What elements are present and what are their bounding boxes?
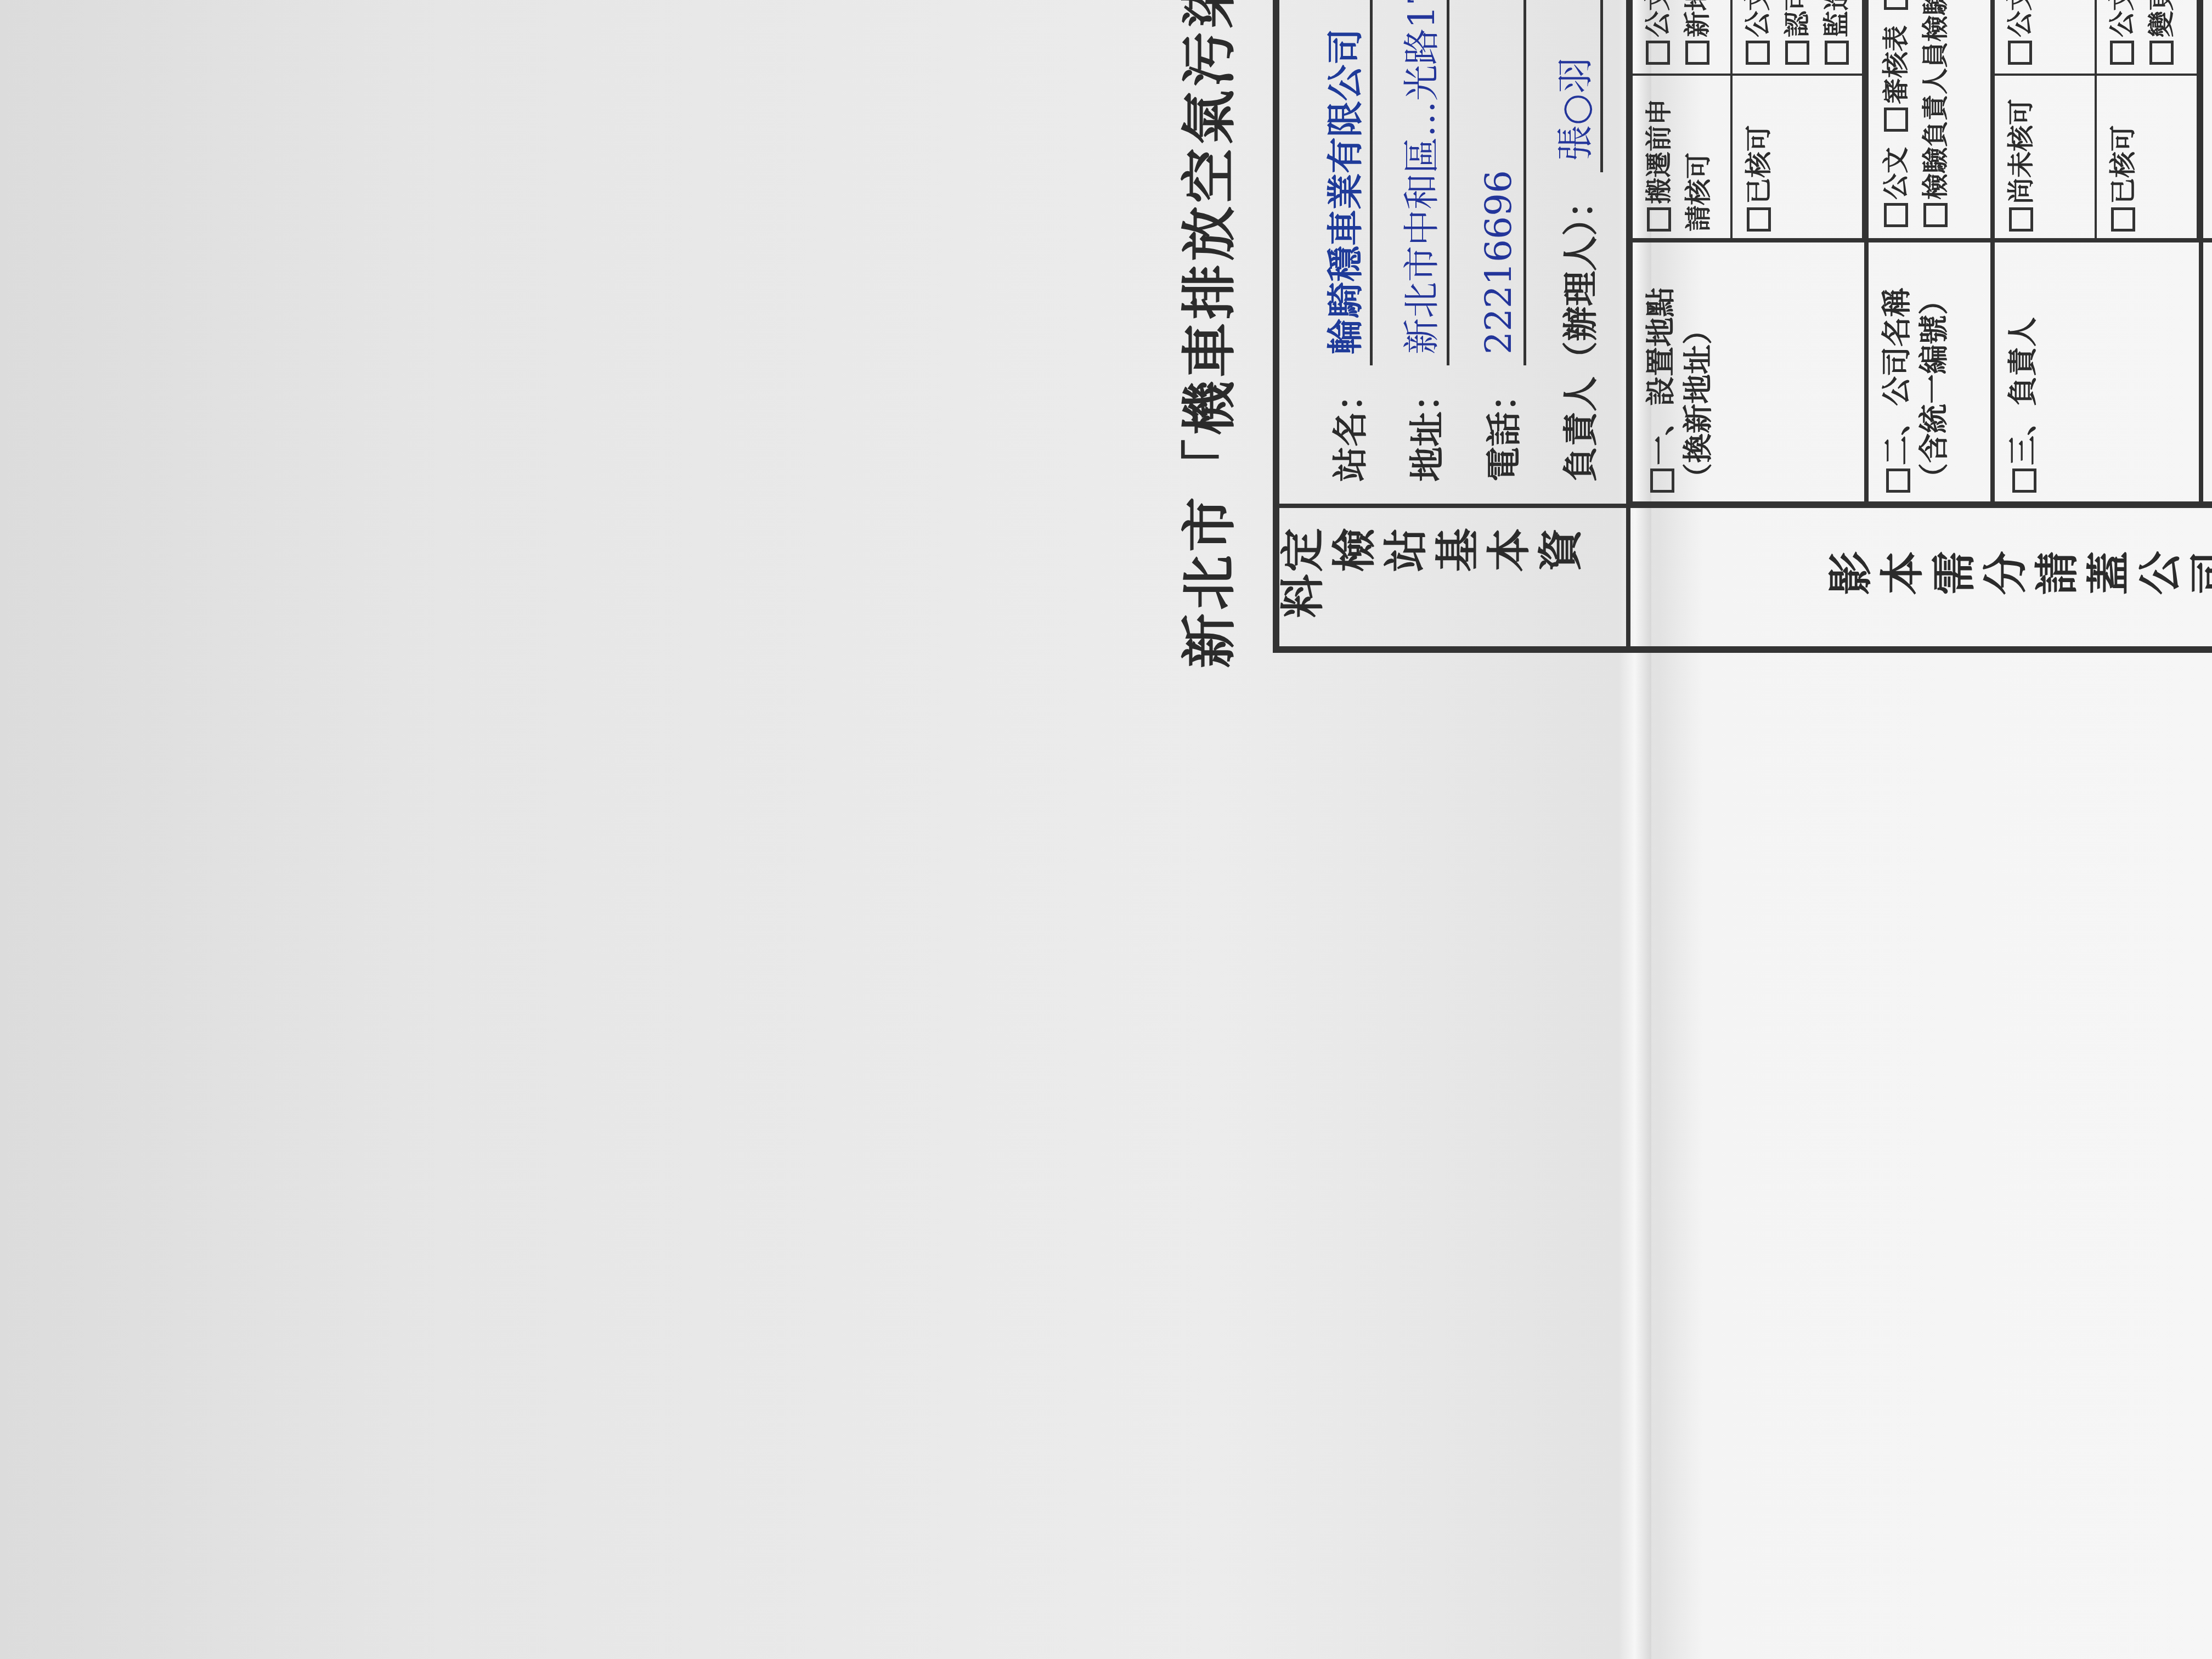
sub-row-options: 公文審核表認可證正本變更前與變更後之負責人身分證正反面影本營利事業登記證影本 [2097,0,2197,74]
sub-row-text: 尚未核可 [2006,99,2036,204]
application-form: 新北市「機車排放空氣污染物檢驗站」申請變更項目審核表 定檢站基本資料 站名： 輪… [1147,0,2212,675]
option-checkbox[interactable] [1884,203,1908,227]
option-checkbox[interactable] [1825,41,1849,65]
sub-row-text: 已核可 [1743,125,1774,204]
attachment-option: 檢驗負責人員檢驗證 [1920,0,1951,227]
sub-row-label: 已核可 [1733,74,1862,238]
sub-row-checkbox[interactable] [1747,207,1771,232]
sub-row: 尚未核可公文（需說明變更說明）審核表認可證影本 [1995,0,2097,238]
attachment-option: 新地址建物所有權狀影本（非自有者需附同意書） [1682,0,1713,65]
owner-field[interactable]: 張○羽 [1551,0,1603,172]
attachment-item-label: 一、設置地點（換新地址） [1630,240,1866,504]
attachment-item-options: 公文審核表認可證正本負責人身分證正反面影本營利事業登記證影本檢驗負責人員檢驗證 [1866,0,1993,240]
sub-rows: 尚未核可公文（需說明變更說明）審核表認可證影本已核可公文審核表認可證正本變更前與… [1995,0,2199,238]
station-name-label: 站名： [1322,376,1373,482]
attachment-option: 審核表 [1881,25,1911,132]
option-checkbox[interactable] [2110,41,2134,65]
item-label-text: 二、公司名稱（含統一編號） [1880,285,1951,493]
sub-row-checkbox[interactable] [2111,207,2135,232]
attachment-option: 公文（需說明變更說明） [2005,0,2035,65]
section-label-basic-info: 定檢站基本資料 [1277,506,1628,648]
sub-row-checkbox[interactable] [2009,207,2033,232]
option-checkbox[interactable] [1646,41,1670,65]
option-checkbox[interactable] [1685,41,1709,65]
sub-row: 已核可公文審核表負責人身分證正反面影本營利事業登記證影本認可證正本檢驗人員合格證… [1733,0,1864,238]
address-field[interactable]: 新北市中和區…光路175-4號 [1397,0,1449,365]
option-label: 公文 [1881,147,1911,200]
item-label-text: 一、設置地點（換新地址） [1644,287,1716,493]
attachment-option: 認可證正本 [1881,0,1911,10]
option-label: 變更前與變更後之負責人身分證正反面影本 [2146,0,2177,37]
form-title: 新北市「機車排放空氣污染物檢驗站」申請變更項目審核表 [1147,0,1273,675]
item-checkbox[interactable] [1650,469,1674,493]
option-label: 公文 [2107,0,2137,37]
phone-label: 電話： [1476,376,1526,482]
sub-row: 已核可公文審核表認可證正本變更前與變更後之負責人身分證正反面影本營利事業登記證影… [2097,0,2199,238]
owner-label: 負責人（辦理人）： [1553,183,1603,482]
option-label: 公文（需說明變更說明） [2005,0,2035,37]
option-checkbox[interactable] [1923,203,1948,227]
option-label: 新地址建物所有權狀影本（非自有者需附同意書） [1682,0,1713,37]
sub-row-options: 公文審核表負責人身分證正反面影本營利事業登記證影本認可證正本檢驗人員合格證書影本… [1733,0,1862,74]
attachment-option: 公文 [2107,0,2137,65]
option-label: 公文 [1742,0,1773,37]
phone-field[interactable]: 22216696 [1474,0,1526,365]
sub-rows: 搬遷前申請核可公文申請表新地址營業面積平面圖新地址建物測量成果圖新地址建物所有權… [1633,0,1864,238]
sub-row-label: 尚未核可 [1995,74,2095,238]
attachments-panel: 一、設置地點（換新地址）搬遷前申請核可公文申請表新地址營業面積平面圖新地址建物測… [1628,0,2212,506]
option-label: 認可證正本 [1782,0,1813,37]
attachment-item-label: 二、公司名稱（含統一編號） [1866,240,1993,504]
option-checkbox[interactable] [1746,41,1770,65]
sub-row: 搬遷前申請核可公文申請表新地址營業面積平面圖新地址建物測量成果圖新地址建物所有權… [1633,0,1733,238]
sub-row-label: 已核可 [2097,74,2197,238]
option-checkbox[interactable] [2149,41,2174,65]
attachment-item-options: 搬遷前申請核可公文申請表新地址營業面積平面圖新地址建物測量成果圖新地址建物所有權… [1630,0,1866,240]
sub-row-label: 搬遷前申請核可 [1633,74,1730,238]
item-checkbox[interactable] [1886,469,1910,493]
attachment-option: 認可證正本 [1782,0,1813,65]
item-checkbox[interactable] [2012,469,2036,493]
attachment-item-options: 公文審核表營業面積平面圖認可證影本 [2201,0,2212,240]
basic-info-panel: 站名： 輪騎穩車業有限公司 站號： FA0 地址： 新北市中和區…光路175-4… [1277,0,1628,506]
attachment-option: 公文 [1881,147,1911,227]
address-label: 地址： [1399,376,1449,482]
option-checkbox[interactable] [1884,108,1908,132]
form-grid: 定檢站基本資料 站名： 輪騎穩車業有限公司 站號： FA0 地址： 新北市中和區… [1273,0,2212,653]
sub-row-text: 已核可 [2108,125,2138,204]
option-label: 監造廠商地址說明文件 [1821,0,1852,37]
sub-row-options: 公文申請表新地址營業面積平面圖新地址建物測量成果圖新地址建物所有權狀影本（非自有… [1633,0,1730,74]
section-label-attachments: 影本需分請蓋公司大小章 [1628,506,2212,648]
station-name-field[interactable]: 輪騎穩車業有限公司 [1321,0,1373,365]
attachment-item-options: 尚未核可公文（需說明變更說明）審核表認可證影本已核可公文審核表認可證正本變更前與… [1993,0,2201,240]
attachment-option: 公文 [1742,0,1773,65]
item-label-text: 三、負責人 [2006,317,2040,465]
attachment-option: 變更前與變更後之負責人身分證正反面影本 [2146,0,2177,65]
attachment-option: 公文 [1643,0,1673,65]
attachment-option: 監造廠商地址說明文件 [1821,0,1852,65]
option-label: 檢驗負責人員檢驗證 [1920,0,1951,200]
option-label: 公文 [1643,0,1673,37]
option-checkbox[interactable] [1884,0,1908,10]
option-checkbox[interactable] [1785,41,1809,65]
option-checkbox[interactable] [2008,41,2032,65]
attachment-item-label: 三、負責人 [1993,240,2201,504]
attachment-item-label: 四、變更檢測區 [2201,240,2212,504]
sub-row-checkbox[interactable] [1647,207,1671,232]
sub-row-options: 公文（需說明變更說明）審核表認可證影本 [1995,0,2095,74]
option-label: 審核表 [1881,25,1911,104]
